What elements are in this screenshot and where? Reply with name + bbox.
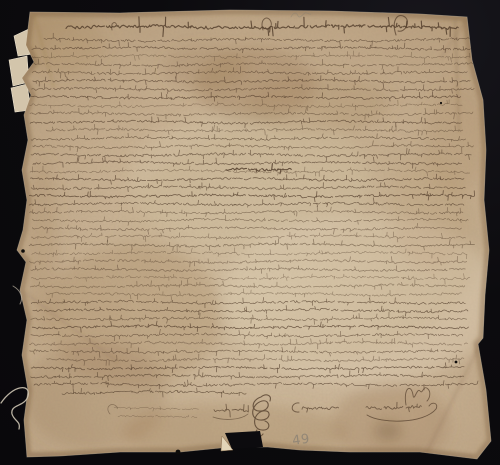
parchment-surface: 49 bbox=[0, 0, 500, 465]
water-stain-top-left bbox=[163, 46, 247, 90]
hole-or-spot bbox=[440, 102, 442, 104]
parchment-scene: 49 bbox=[0, 0, 500, 465]
photograph-of-parchment-charter: 49 bbox=[0, 0, 500, 465]
hole-or-spot bbox=[176, 450, 181, 455]
dark-blob-bottom bbox=[374, 422, 402, 440]
water-stain-top-center-2 bbox=[246, 74, 390, 134]
crease-bottom-edge bbox=[28, 454, 474, 456]
stain-mid-right bbox=[390, 150, 470, 270]
hole-or-spot bbox=[455, 361, 458, 364]
hole-or-spot bbox=[21, 249, 25, 253]
archival-number-pencil: 49 bbox=[291, 432, 310, 449]
